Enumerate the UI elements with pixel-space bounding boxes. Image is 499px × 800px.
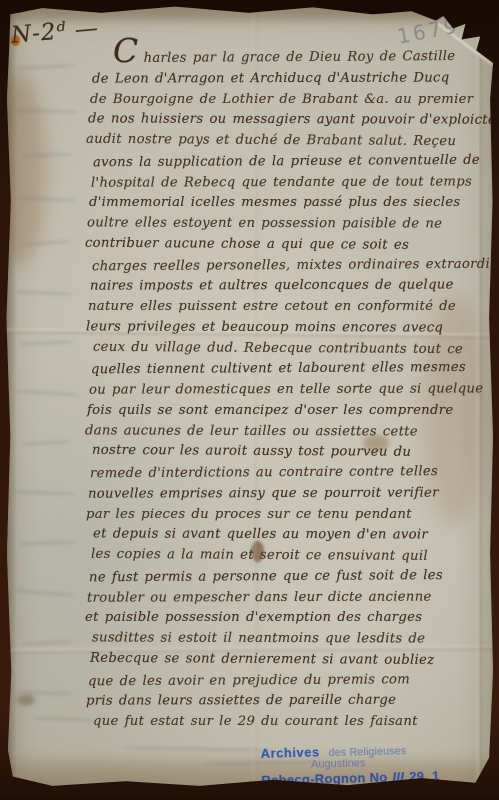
bleed-through-mark [13, 490, 75, 496]
bleed-through-mark [15, 690, 73, 696]
stamp-item-number: 29, 1 [409, 768, 440, 784]
manuscript-line: nature elles puissent estre cetout en co… [88, 297, 490, 318]
bleed-through-mark [33, 716, 93, 722]
bleed-through-mark [13, 108, 79, 114]
manuscript-line: remede d'interdictions au contraire cont… [90, 462, 492, 485]
manuscript-line: susdittes si estoit il neantmoins que le… [92, 628, 494, 650]
bleed-through-mark [15, 589, 75, 597]
bleed-through-mark [15, 389, 79, 396]
manuscript-line: troubler ou empescher dans leur dicte an… [87, 587, 489, 609]
stain-small-left [17, 695, 35, 705]
manuscript-text: Charles par la grace de Dieu Roy de Cast… [89, 45, 491, 733]
manuscript-page: N-2ᵈ — 1679 Charles par la grace de Dieu… [3, 5, 495, 789]
manuscript-line: quelles tiennent cultivent et labourent … [91, 358, 493, 381]
folio-mark: N-2ᵈ — [10, 17, 100, 48]
manuscript-line: audit nostre pays et duché de Brabant sa… [86, 130, 488, 153]
manuscript-line: fois quils se sont emancipez d'oser les … [87, 401, 489, 422]
stain-left-corner [0, 75, 47, 265]
manuscript-line: ceux du village dud. Rebecque contribuan… [93, 337, 495, 360]
bleed-through-mark [19, 540, 75, 546]
manuscript-line: naires imposts et aultres quelconcques d… [90, 276, 492, 298]
archive-stamp: Archives des Religieuses Augustines Rebe… [260, 740, 485, 788]
bleed-through-mark [15, 195, 77, 202]
manuscript-line: par les pieces du proces sur ce tenu pen… [86, 505, 488, 526]
bleed-through-mark [23, 239, 71, 246]
bleed-through-mark [21, 152, 73, 158]
manuscript-line: contribuer aucune chose a qui que ce soi… [85, 233, 487, 256]
manuscript-line: nostre cour les auroit aussy tost pourve… [92, 441, 494, 464]
manuscript-line: que de les avoir en prejudice du premis … [88, 669, 490, 692]
bleed-through-mark [21, 640, 73, 647]
manuscript-line: charges reelles personelles, mixtes ordi… [92, 254, 494, 277]
bleed-through-mark [13, 290, 73, 296]
manuscript-line: et paisible possession d'exemption des c… [85, 608, 487, 629]
manuscript-line: de nos huissiers ou messagiers ayant pou… [88, 110, 490, 132]
manuscript-line: d'immemorial icelles mesmes passé plus d… [89, 193, 491, 214]
manuscript-line: de Leon d'Arragon et Archiducq d'Austric… [92, 68, 494, 90]
manuscript-line: et depuis si avant quelles au moyen d'en… [93, 525, 495, 547]
manuscript-line: dans aucunes de leur tailles ou assiette… [85, 421, 487, 443]
manuscript-line: ne fust permis a personne que ce fust so… [89, 565, 491, 588]
bleed-through-mark [17, 63, 75, 70]
manuscript-line: l'hospital de Rebecq que tendante que de… [91, 172, 493, 194]
pencil-year-annotation: 1679 [396, 15, 462, 47]
manuscript-line: ou par leur domesticques en telle sorte … [89, 379, 491, 401]
manuscript-line: oultre elles estoyent en possession pais… [87, 213, 489, 235]
manuscript-line: de Bourgoigne de Lothier de Brabant &a. … [90, 90, 492, 111]
stamp-fonds-line: Rebecq-Rognon NoIII29, 1 [261, 767, 485, 788]
manuscript-line: leurs privileges et beaucoup moins encor… [86, 317, 488, 339]
manuscript-line: avons la supplication de la prieuse et c… [93, 150, 495, 173]
bleed-through-mark [123, 746, 273, 753]
manuscript-line: nouvelles emprises ainsy que se pourroit… [88, 483, 490, 505]
stamp-fonds-label: Rebecq-Rognon No [261, 770, 387, 788]
stamp-roman-numeral: III [390, 769, 406, 786]
manuscript-line: que fut estat sur le 29 du courant les f… [93, 712, 495, 733]
bleed-through-mark [21, 440, 71, 447]
manuscript-line: pris dans leurs assiettes de pareille ch… [86, 691, 488, 713]
manuscript-line: les copies a la main et seroit ce ensuiv… [91, 545, 493, 568]
paper-edge-shadow [3, 5, 17, 789]
manuscript-line: Rebecque se sont dernierement si avant o… [90, 648, 492, 671]
bleed-through-mark [19, 340, 74, 346]
manuscript-line: Charles par la grace de Dieu Roy de Cast… [85, 44, 487, 70]
